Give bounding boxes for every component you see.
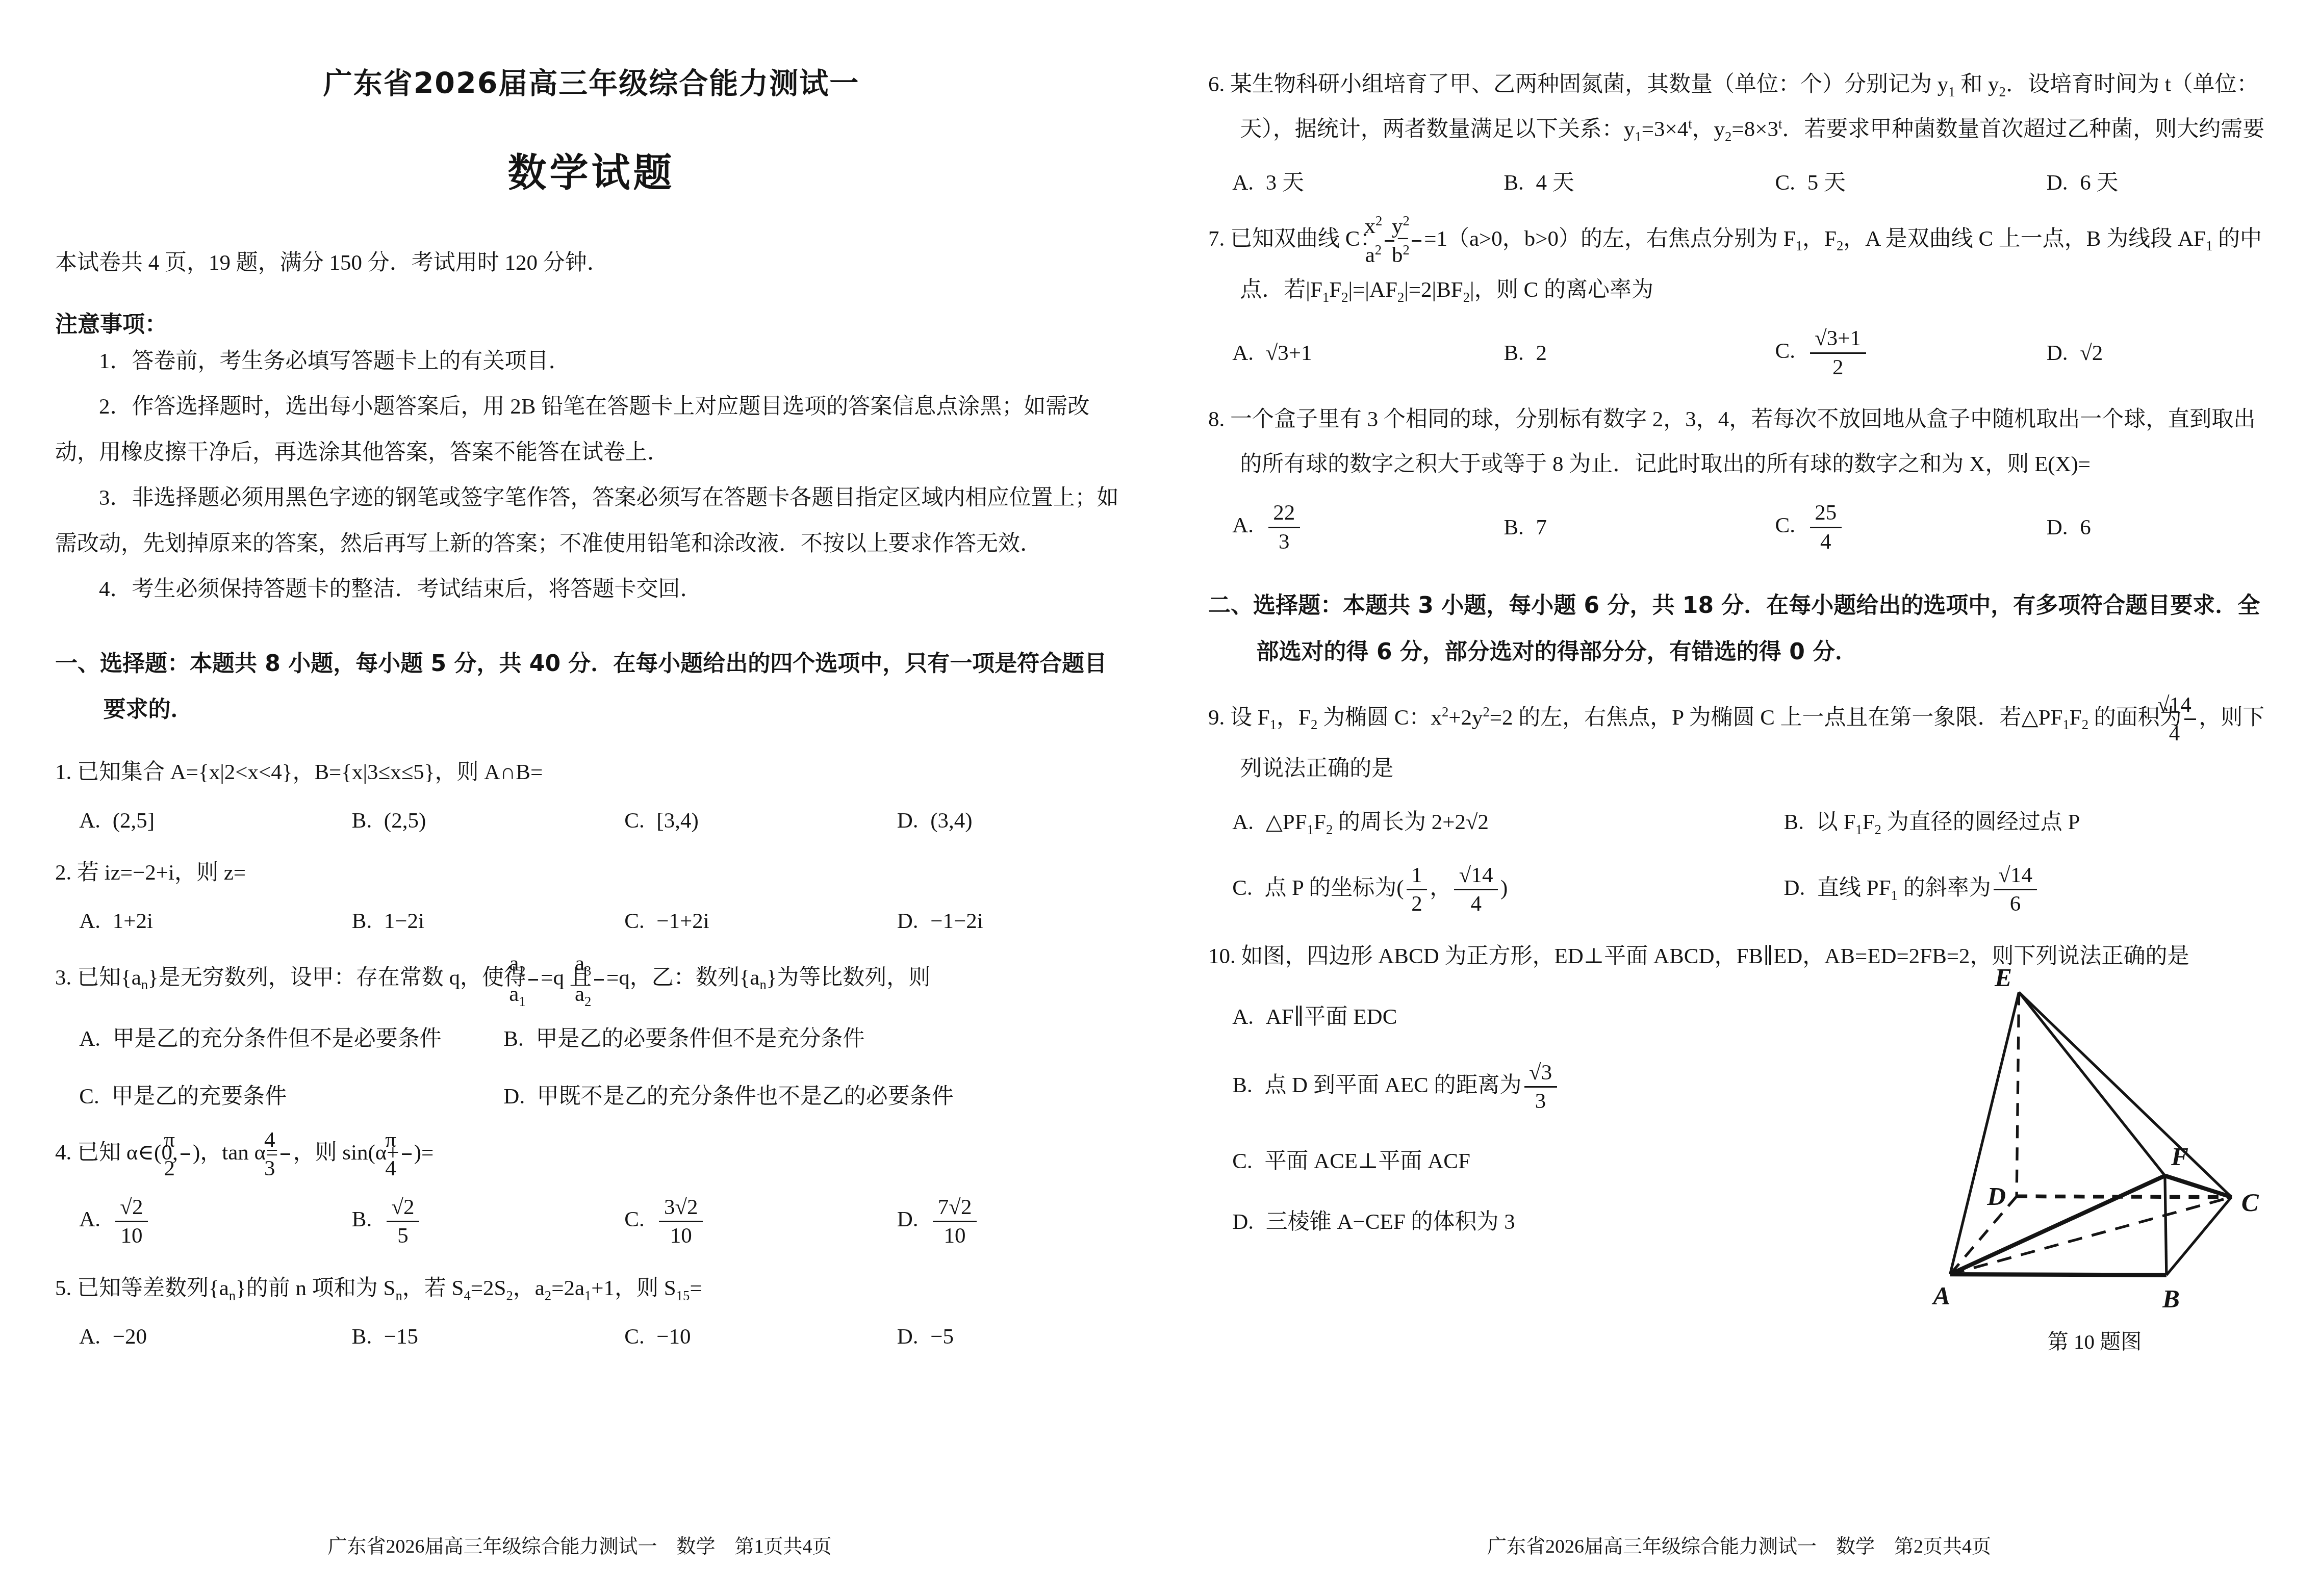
question-5: 5. 已知等差数列{an}的前 n 项和为 Sn，若 S4=2S2，a2=2a1…	[55, 1266, 1128, 1349]
option-d: D.6	[2047, 515, 2276, 540]
option-label: B.	[1784, 810, 1804, 834]
option-text: 点 D 到平面 AEC 的距离为√33	[1264, 1073, 1559, 1097]
option-c: C.−1+2i	[624, 909, 897, 934]
option-b: B.2	[1503, 341, 1775, 366]
question-stem: 1. 已知集合 A={x|2<x<4}，B={x|3≤x≤5}，则 A∩B=	[55, 750, 1128, 795]
option-c: C.254	[1775, 500, 2047, 554]
option-text: √210	[113, 1207, 150, 1231]
option-label: D.	[897, 1207, 919, 1231]
option-text: 甲是乙的充分条件但不是必要条件	[113, 1027, 442, 1051]
option-label: C.	[1775, 513, 1795, 537]
option-label: B.	[1232, 1073, 1252, 1097]
option-label: C.	[1775, 339, 1795, 363]
option-text: √3+1	[1266, 341, 1312, 365]
question-10: 10. 如图，四边形 ABCD 为正方形，ED⊥平面 ABCD，FB∥ED，AB…	[1208, 934, 2276, 1449]
vertex-label-a: A	[1931, 1281, 1950, 1310]
option-c: C.3√210	[624, 1195, 897, 1249]
option-text: 5 天	[1807, 171, 1846, 195]
option-a: A.(2,5]	[79, 808, 351, 833]
question-stem: 4. 已知 α∈(0,π2)，tan α=43，则 sin(α+π4)=	[55, 1127, 1128, 1181]
options-row: A.1+2i B.1−2i C.−1+2i D.−1−2i	[79, 909, 1128, 934]
option-label: A.	[79, 809, 100, 833]
option-label: A.	[79, 909, 100, 933]
option-label: C.	[1232, 1149, 1252, 1173]
option-a: A.3 天	[1232, 165, 1503, 196]
page-1: 广东省2026届高三年级综合能力测试一 数学试题 本试卷共 4 页，19 题，满…	[0, 0, 1159, 1596]
option-text: AF∥平面 EDC	[1266, 1005, 1397, 1029]
exam-info: 本试卷共 4 页，19 题，满分 150 分．考试用时 120 分钟．	[55, 245, 1128, 276]
option-a: A.√210	[79, 1195, 351, 1249]
option-text: 223	[1266, 513, 1303, 537]
option-label: D.	[503, 1085, 525, 1109]
question-stem: 2. 若 iz=−2+i，则 z=	[55, 851, 1128, 895]
option-text: −20	[113, 1325, 147, 1349]
option-text: √25	[384, 1207, 422, 1231]
option-label: A.	[79, 1027, 100, 1051]
option-label: D.	[2047, 341, 2068, 365]
option-label: B.	[352, 809, 372, 833]
options-row: A.(2,5] B.(2,5) C.[3,4) D.(3,4)	[79, 808, 1128, 833]
option-b: B.(2,5)	[352, 808, 624, 833]
section-heading-multi-choice: 二、选择题：本题共 3 小题，每小题 6 分，共 18 分．在每小题给出的选项中…	[1208, 583, 2276, 675]
option-label: D.	[897, 909, 919, 933]
options-grid: A.△PF1F2 的周长为 2+2√2 B.以 F1F2 为直径的圆经过点 P …	[1232, 805, 2276, 917]
figure-caption: 第 10 题图	[1916, 1325, 2273, 1355]
option-label: C.	[624, 1207, 644, 1231]
option-text: 以 F1F2 为直径的圆经过点 P	[1816, 810, 2080, 834]
option-text: (2,5)	[384, 809, 426, 833]
option-label: D.	[2047, 171, 2068, 195]
option-c: C.[3,4)	[624, 808, 897, 833]
question-6: 6. 某生物科研小组培育了甲、乙两种固氮菌，其数量（单位：个）分别记为 y1 和…	[1208, 62, 2276, 196]
option-text: −5	[930, 1325, 954, 1349]
option-d: D.6 天	[2047, 165, 2276, 196]
figure-q10: E D C F A B 第 10 题图	[1916, 965, 2273, 1355]
question-stem: 7. 已知双曲线 C：x2a2−y2b2=1（a>0，b>0）的左，右焦点分别为…	[1208, 214, 2276, 313]
option-b: B.√25	[352, 1195, 624, 1249]
question-9: 9. 设 F1，F2 为椭圆 C：x2+2y2=2 的左，右焦点，P 为椭圆 C…	[1208, 692, 2276, 917]
notice-item-4: 4．考生必须保持答题卡的整洁．考试结束后，将答题卡交回．	[55, 567, 1128, 612]
vertex-label-c: C	[2241, 1188, 2259, 1217]
option-text: 7√210	[930, 1207, 979, 1231]
option-label: B.	[1503, 516, 1523, 539]
option-label: B.	[352, 909, 372, 933]
notice-item-3: 3．非选择题必须用黑色字迹的钢笔或签字笔作答，答案必须写在答题卡各题目指定区域内…	[55, 475, 1128, 567]
vertex-label-b: B	[2162, 1284, 2180, 1313]
options-grid: A.甲是乙的充分条件但不是必要条件 B.甲是乙的必要条件但不是充分条件 C.甲是…	[79, 1021, 1128, 1110]
option-label: A.	[79, 1207, 100, 1231]
option-c: C.甲是乙的充要条件	[79, 1079, 503, 1110]
option-a: A.△PF1F2 的周长为 2+2√2	[1232, 805, 1783, 836]
question-stem: 6. 某生物科研小组培育了甲、乙两种固氮菌，其数量（单位：个）分别记为 y1 和…	[1208, 62, 2276, 152]
question-2: 2. 若 iz=−2+i，则 z= A.1+2i B.1−2i C.−1+2i …	[55, 851, 1128, 934]
notice-item-1: 1．答卷前，考生务必填写答题卡上的有关项目．	[55, 339, 1128, 384]
option-label: D.	[897, 1325, 919, 1349]
options-row: A.223 B.7 C.254 D.6	[1232, 500, 2276, 554]
option-b: B.7	[1503, 515, 1775, 540]
page-2: 6. 某生物科研小组培育了甲、乙两种固氮菌，其数量（单位：个）分别记为 y1 和…	[1159, 0, 2319, 1596]
question-stem: 5. 已知等差数列{an}的前 n 项和为 Sn，若 S4=2S2，a2=2a1…	[55, 1266, 1128, 1311]
option-label: C.	[1232, 876, 1252, 900]
option-a: A.AF∥平面 EDC	[1232, 999, 1830, 1031]
vertex-label-d: D	[1986, 1182, 2006, 1211]
option-d: D.直线 PF1 的斜率为√146	[1784, 863, 2276, 917]
option-text: 7	[1536, 516, 1547, 539]
option-d: D.三棱锥 A−CEF 的体积为 3	[1232, 1204, 1830, 1235]
option-label: D.	[1784, 876, 1805, 900]
option-text: −10	[656, 1325, 691, 1349]
option-label: C.	[79, 1085, 99, 1109]
option-d: D.7√210	[897, 1195, 1128, 1249]
question-8: 8. 一个盒子里有 3 个相同的球，分别标有数字 2，3，4，若每次不放回地从盒…	[1208, 397, 2276, 554]
option-b: B.点 D 到平面 AEC 的距离为√33	[1232, 1060, 1830, 1114]
option-text: √3+12	[1807, 339, 1869, 363]
option-b: B.1−2i	[352, 909, 624, 934]
option-d: D.−1−2i	[897, 909, 1128, 934]
option-text: −15	[384, 1325, 418, 1349]
vertex-label-e: E	[1994, 965, 2012, 992]
option-label: A.	[1232, 513, 1254, 537]
option-label: D.	[2047, 516, 2068, 539]
notice-heading: 注意事项：	[55, 306, 1128, 339]
exam-title: 广东省2026届高三年级综合能力测试一	[55, 60, 1128, 102]
vertex-label-f: F	[2171, 1143, 2188, 1171]
options-row: A.√3+1 B.2 C.√3+12 D.√2	[1232, 326, 2276, 380]
option-label: A.	[79, 1325, 100, 1349]
solid-figure: E D C F A B	[1926, 965, 2263, 1322]
options-row: A.3 天 B.4 天 C.5 天 D.6 天	[1232, 165, 2276, 196]
option-text: 254	[1807, 513, 1844, 537]
option-a: A.−20	[79, 1324, 351, 1349]
option-text: −1−2i	[930, 909, 983, 933]
option-text: 甲是乙的充要条件	[111, 1085, 287, 1109]
option-label: C.	[1775, 171, 1795, 195]
option-a: A.223	[1232, 500, 1503, 554]
option-c: C.点 P 的坐标为(12，√144)	[1232, 863, 1783, 917]
option-d: D.√2	[2047, 341, 2276, 366]
page-footer: 广东省2026届高三年级综合能力测试一 数学 第2页共4页	[1159, 1530, 2319, 1558]
option-b: B.甲是乙的必要条件但不是充分条件	[503, 1021, 1128, 1052]
option-text: 1+2i	[113, 909, 153, 933]
option-a: A.1+2i	[79, 909, 351, 934]
option-label: B.	[503, 1027, 523, 1051]
option-label: A.	[1232, 1005, 1254, 1029]
option-text: △PF1F2 的周长为 2+2√2	[1266, 810, 1489, 834]
option-text: 甲既不是乙的充分条件也不是乙的必要条件	[537, 1085, 954, 1109]
option-label: B.	[352, 1207, 372, 1231]
question-4: 4. 已知 α∈(0,π2)，tan α=43，则 sin(α+π4)= A.√…	[55, 1127, 1128, 1249]
option-text: 直线 PF1 的斜率为√146	[1817, 876, 2040, 900]
question-stem: 3. 已知{an}是无穷数列，设甲：存在常数 q，使得a2a1=q 且a3a2=…	[55, 951, 1128, 1008]
option-label: B.	[352, 1325, 372, 1349]
question-7: 7. 已知双曲线 C：x2a2−y2b2=1（a>0，b>0）的左，右焦点分别为…	[1208, 214, 2276, 380]
option-label: D.	[1232, 1210, 1254, 1234]
question-stem: 9. 设 F1，F2 为椭圆 C：x2+2y2=2 的左，右焦点，P 为椭圆 C…	[1208, 692, 2276, 791]
option-label: D.	[897, 809, 919, 833]
page-footer: 广东省2026届高三年级综合能力测试一 数学 第1页共4页	[0, 1530, 1159, 1558]
option-c: C.平面 ACE⊥平面 ACF	[1232, 1144, 1830, 1175]
option-c: C.5 天	[1775, 165, 2047, 196]
option-label: C.	[624, 909, 644, 933]
option-text: 6 天	[2080, 171, 2118, 195]
option-text: 甲是乙的必要条件但不是充分条件	[536, 1027, 864, 1051]
notice-item-2: 2．作答选择题时，选出每小题答案后，用 2B 铅笔在答题卡上对应题目选项的答案信…	[55, 384, 1128, 475]
option-text: 4 天	[1536, 171, 1574, 195]
option-text: 3 天	[1266, 171, 1304, 195]
option-a: A.甲是乙的充分条件但不是必要条件	[79, 1021, 503, 1052]
option-label: B.	[1503, 341, 1523, 365]
option-text: 平面 ACE⊥平面 ACF	[1264, 1149, 1470, 1173]
option-text: 三棱锥 A−CEF 的体积为 3	[1266, 1210, 1515, 1234]
question-stem: 8. 一个盒子里有 3 个相同的球，分别标有数字 2，3，4，若每次不放回地从盒…	[1208, 397, 2276, 487]
option-label: B.	[1503, 171, 1523, 195]
option-b: B.以 F1F2 为直径的圆经过点 P	[1784, 805, 2276, 836]
option-d: D.(3,4)	[897, 808, 1128, 833]
option-text: −1+2i	[656, 909, 709, 933]
option-text: √2	[2080, 341, 2103, 365]
option-text: 3√210	[656, 1207, 705, 1231]
option-text: 6	[2080, 516, 2091, 539]
option-c: C.√3+12	[1775, 326, 2047, 380]
option-text: 1−2i	[384, 909, 424, 933]
option-b: B.4 天	[1503, 165, 1775, 196]
option-text: 点 P 的坐标为(12，√144)	[1264, 876, 1508, 900]
section-heading-single-choice: 一、选择题：本题共 8 小题，每小题 5 分，共 40 分．在每小题给出的四个选…	[55, 641, 1128, 733]
question-3: 3. 已知{an}是无穷数列，设甲：存在常数 q，使得a2a1=q 且a3a2=…	[55, 951, 1128, 1110]
option-d: D.−5	[897, 1324, 1128, 1349]
option-text: 2	[1536, 341, 1547, 365]
option-label: C.	[624, 809, 644, 833]
options-list: A.AF∥平面 EDC B.点 D 到平面 AEC 的距离为√33 C.平面 A…	[1232, 999, 1830, 1235]
options-row: A.√210 B.√25 C.3√210 D.7√210	[79, 1195, 1128, 1249]
option-c: C.−10	[624, 1324, 897, 1349]
option-text: [3,4)	[656, 809, 698, 833]
exam-paper-scan: 广东省2026届高三年级综合能力测试一 数学试题 本试卷共 4 页，19 题，满…	[0, 0, 2319, 1596]
option-label: A.	[1232, 810, 1254, 834]
option-label: A.	[1232, 171, 1254, 195]
option-b: B.−15	[352, 1324, 624, 1349]
option-d: D.甲既不是乙的充分条件也不是乙的必要条件	[503, 1079, 1128, 1110]
option-label: C.	[624, 1325, 644, 1349]
options-row: A.−20 B.−15 C.−10 D.−5	[79, 1324, 1128, 1349]
option-label: A.	[1232, 341, 1254, 365]
question-1: 1. 已知集合 A={x|2<x<4}，B={x|3≤x≤5}，则 A∩B= A…	[55, 750, 1128, 833]
option-text: (2,5]	[113, 809, 155, 833]
option-a: A.√3+1	[1232, 341, 1503, 366]
option-text: (3,4)	[930, 809, 972, 833]
exam-subtitle: 数学试题	[55, 142, 1128, 197]
